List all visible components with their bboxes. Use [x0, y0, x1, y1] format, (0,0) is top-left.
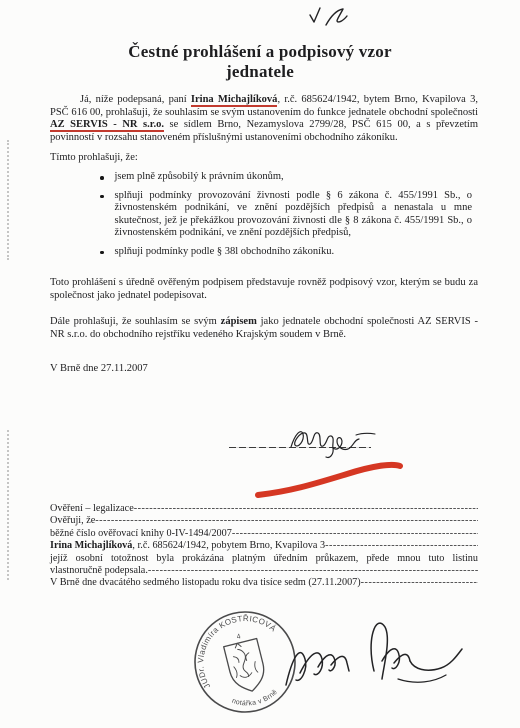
- stamp-notary-name: JUDr. Vladimíra KOSTŘICOVÁ: [186, 606, 289, 691]
- bullet-text: splňuji podmínky podle § 38l obchodního …: [115, 246, 473, 259]
- declaration-bullet-list: jsem plně způsobilý k právním úkonům, sp…: [100, 171, 472, 265]
- notary-signature: [278, 607, 468, 712]
- register-book-number: běžné číslo ověřovací knihy 0-IV-1494/20…: [50, 528, 232, 540]
- page-title: Čestné prohlášení a podpisový vzor jedna…: [0, 42, 520, 82]
- verification-text: jejíž osobní totožnost byla prokázána pl…: [50, 553, 478, 565]
- verified-person-details: , r.č. 685624/1942, pobytem Brno, Kvapil…: [132, 540, 325, 552]
- bullet-icon: [100, 251, 104, 255]
- verification-line: běžné číslo ověřovací knihy 0-IV-1494/20…: [50, 528, 478, 540]
- svg-text:notářka v Brně: notářka v Brně: [229, 687, 280, 713]
- page-title-line2: jednatele: [0, 62, 520, 82]
- notary-verification-block: Ověření – legalizace -------------------…: [50, 503, 478, 590]
- dash-filler: ----------------------------------------…: [148, 565, 478, 577]
- list-item: splňuji podmínky podle § 38l obchodního …: [100, 246, 472, 259]
- place-date-line: V Brně dne 27.11.2007: [50, 363, 350, 376]
- signature-specimen-paragraph: Toto prohlášení s úředně ověřeným podpis…: [50, 277, 478, 302]
- verification-line: Ověřuji, že ----------------------------…: [50, 515, 478, 527]
- declaration-paragraph: Já, níže podepsaná, paní Irina Michajlík…: [50, 94, 478, 144]
- verification-line: V Brně dne dvacátého sedmého listopadu r…: [50, 577, 478, 589]
- dash-filler: ----------------------------------------…: [361, 577, 478, 589]
- verification-line: Ověření – legalizace -------------------…: [50, 503, 478, 515]
- red-marker-swoosh: [252, 458, 407, 500]
- verification-text: vlastnoručně podepsala.: [50, 565, 148, 577]
- dash-filler: ----------------------------------------…: [232, 528, 478, 540]
- registry-consent-paragraph: Dále prohlašuji, že souhlasím se svým zá…: [50, 316, 478, 341]
- paragraph-text: Já, níže podepsaná, paní: [80, 94, 191, 105]
- stamp-number: 4: [236, 633, 242, 641]
- svg-text:JUDr. Vladimíra KOSTŘICOVÁ: JUDr. Vladimíra KOSTŘICOVÁ: [186, 606, 289, 691]
- verification-line: Irina Michajlíková , r.č. 685624/1942, p…: [50, 540, 478, 552]
- verified-person-name: Irina Michajlíková: [50, 540, 132, 552]
- stamp-lion-emblem-icon: [224, 638, 269, 695]
- list-item: jsem plně způsobilý k právním úkonům,: [100, 171, 472, 184]
- paragraph-text: Dále prohlašuji, že souhlasím se svým: [50, 316, 221, 327]
- handwritten-corner-mark-icon: [302, 2, 354, 30]
- verification-date-line: V Brně dne dvacátého sedmého listopadu r…: [50, 577, 361, 589]
- bullet-icon: [100, 176, 104, 180]
- declarant-name: Irina Michajlíková: [191, 94, 278, 107]
- dash-filler: ----------------------------------------…: [134, 503, 478, 515]
- bullet-icon: [100, 195, 104, 199]
- scan-artifact-dots: [7, 140, 9, 260]
- verification-text: Ověření – legalizace: [50, 503, 134, 515]
- stamp-office-label: notářka v Brně: [229, 687, 280, 713]
- executive-signature: [286, 423, 381, 461]
- bullet-text: jsem plně způsobilý k právním úkonům,: [115, 171, 473, 184]
- declaration-intro: Tímto prohlašuji, že:: [50, 152, 350, 165]
- verification-line: vlastnoručně podepsala. ----------------…: [50, 565, 478, 577]
- dash-filler: ----------------------------------------…: [325, 540, 478, 552]
- scan-artifact-dots: [7, 430, 9, 580]
- verification-text: Ověřuji, že: [50, 515, 95, 527]
- emphasized-word: zápisem: [221, 316, 257, 327]
- scanned-affidavit-page: Čestné prohlášení a podpisový vzor jedna…: [0, 0, 520, 728]
- dash-filler: ----------------------------------------…: [95, 515, 478, 527]
- bullet-text: splňuji podmínky provozování živnosti po…: [115, 190, 473, 240]
- company-name: AZ SERVIS - NR s.r.o.: [50, 119, 164, 132]
- page-title-line1: Čestné prohlášení a podpisový vzor: [0, 42, 520, 62]
- list-item: splňuji podmínky provozování živnosti po…: [100, 190, 472, 240]
